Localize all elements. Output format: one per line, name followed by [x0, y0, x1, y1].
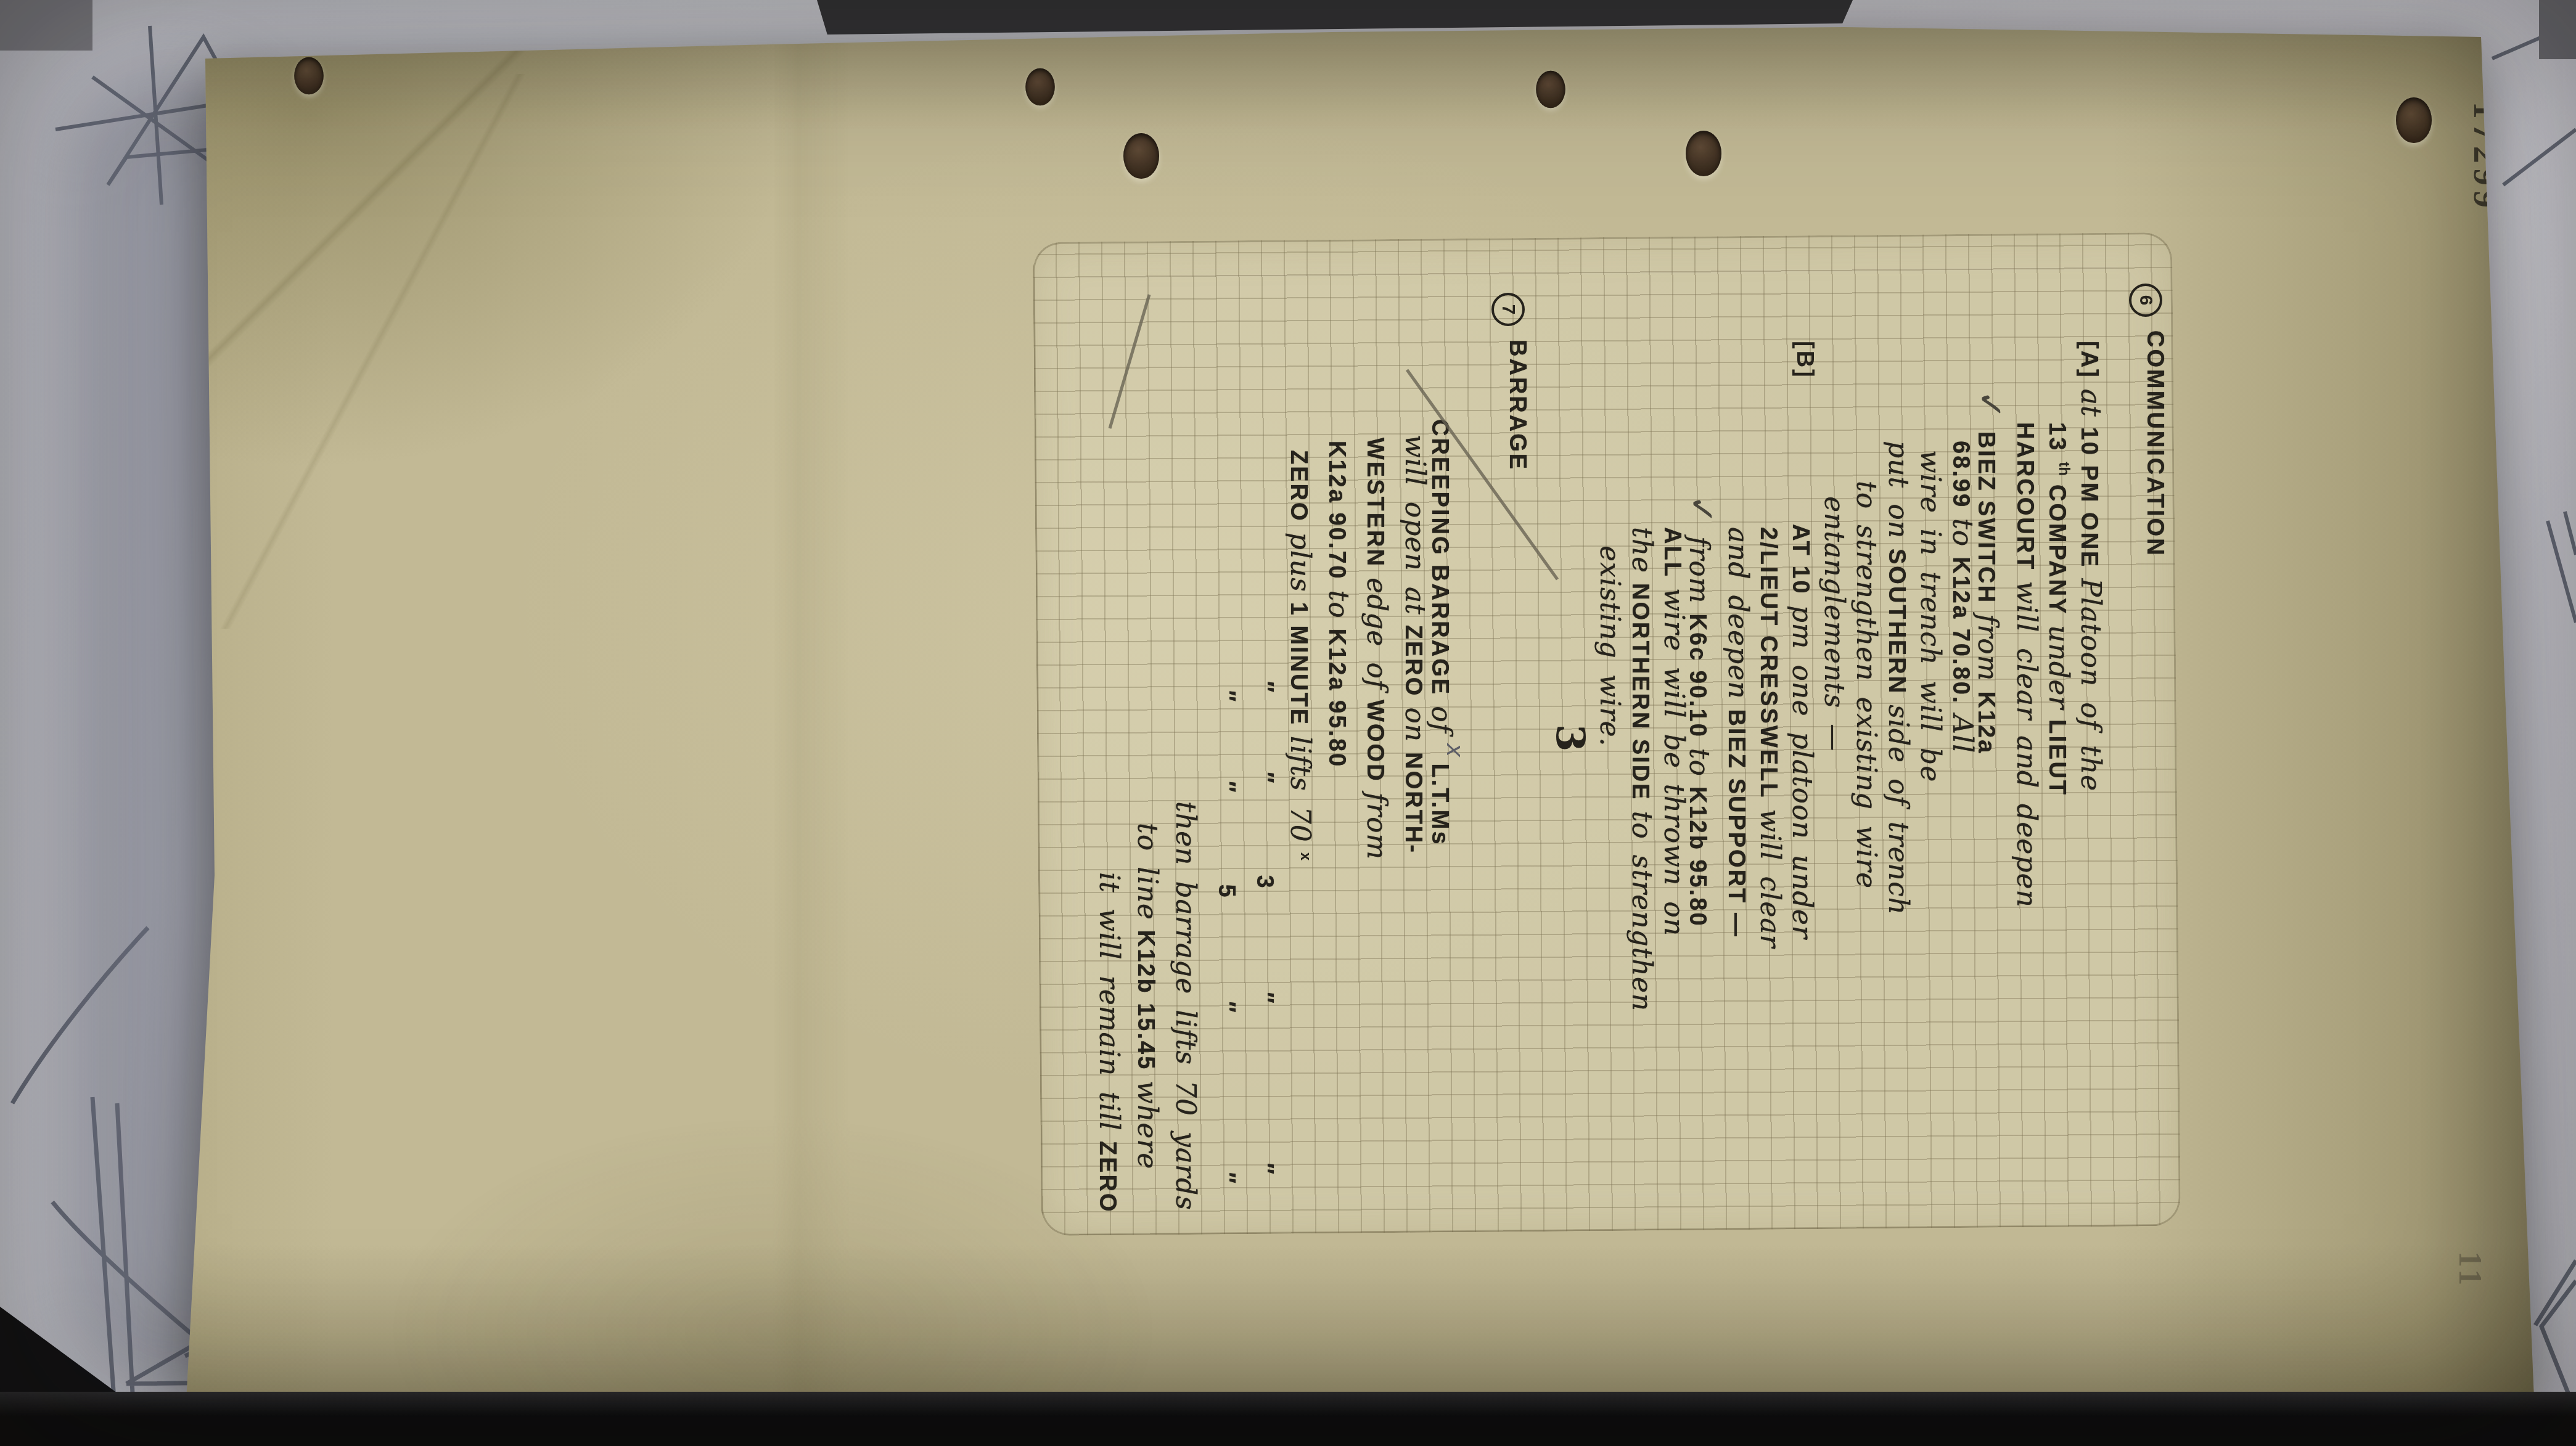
- pencil-marks: [0, 0, 2576, 1446]
- document-sheet: 17299 11 6COMMUNICATION[A]at10 PM ONEPla…: [0, 0, 2576, 1446]
- background-corner: [2539, 0, 2576, 59]
- table-edge-shadow: [0, 1392, 2576, 1446]
- pencil-slash-mark: [1407, 370, 1557, 579]
- photo-scene: 17299 11 6COMMUNICATION[A]at10 PM ONEPla…: [0, 0, 2576, 1446]
- document-sheet-wrap: 17299 11 6COMMUNICATION[A]at10 PM ONEPla…: [0, 0, 2576, 1446]
- background-corner: [0, 0, 92, 51]
- pencil-slash-mark: [1110, 295, 1149, 428]
